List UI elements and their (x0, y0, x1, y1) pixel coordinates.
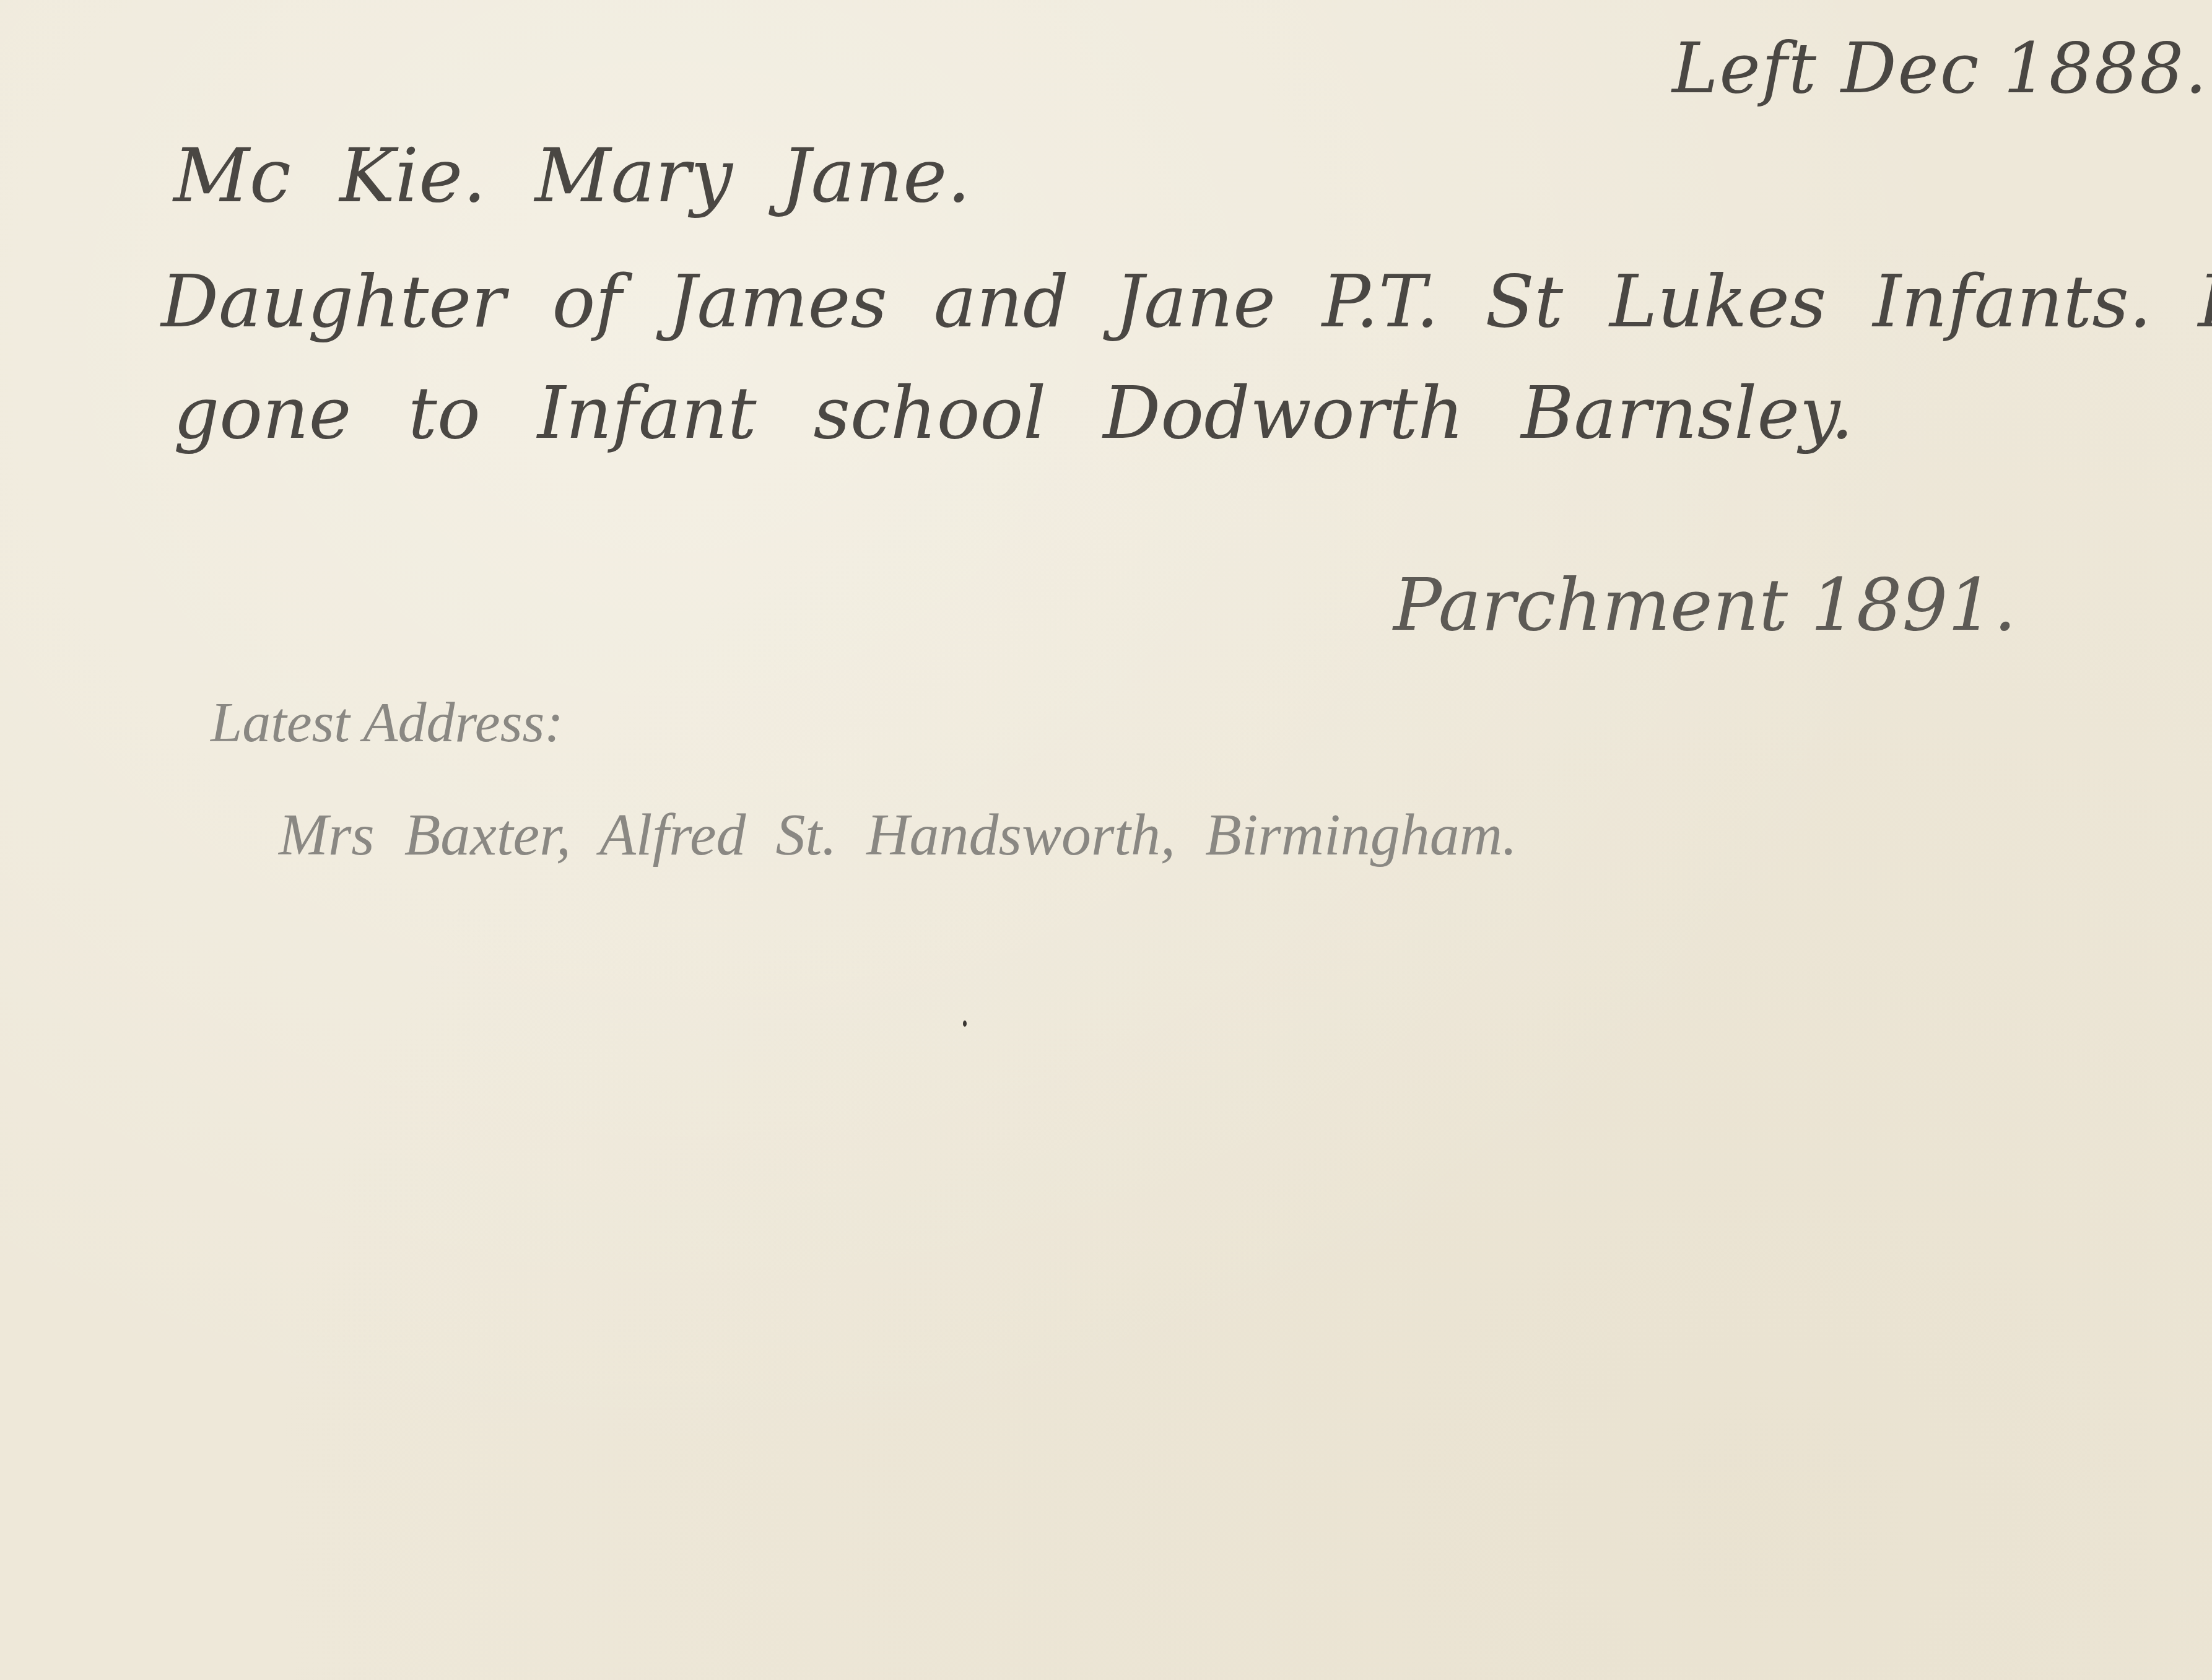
parchment-note: Parchment 1891. (1393, 570, 2016, 642)
surname: Mc Kie. (173, 133, 486, 219)
latest-address: Mrs Baxter, Alfred St. Handsworth, Birmi… (279, 805, 1517, 864)
parentage-line: Daughter of James and Jane P.T. St Lukes… (161, 266, 2212, 338)
transfer-line: gone to Infant school Dodworth Barnsley. (173, 378, 1853, 450)
ink-speck (963, 1021, 967, 1027)
student-name: Mc Kie. Mary Jane. (173, 139, 970, 214)
given-names: Mary Jane. (535, 133, 971, 219)
address-label: Latest Address: (211, 694, 564, 751)
paper-page: Left Dec 1888. Mc Kie. Mary Jane. Daught… (0, 0, 2212, 1680)
left-date-note: Left Dec 1888. (1672, 34, 2208, 103)
